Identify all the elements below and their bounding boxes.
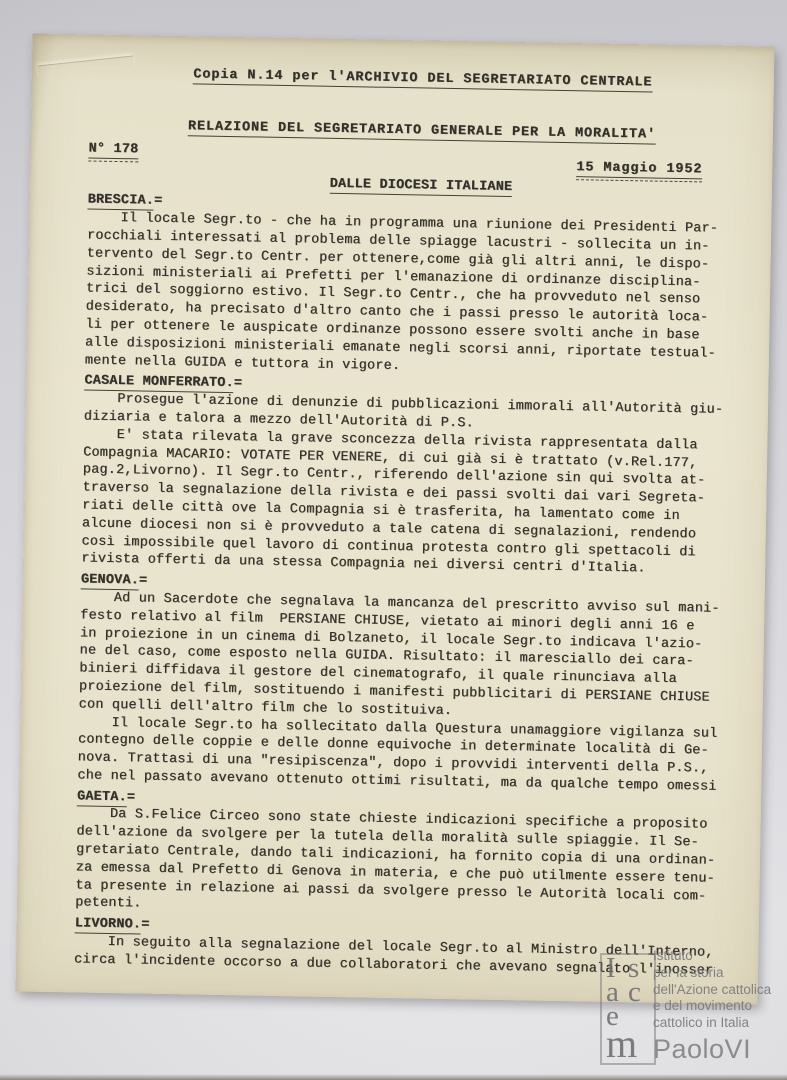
report-number: N° 178 [88,140,138,160]
section-genova: GENOVA.= Ad un Sacerdote che segnalava l… [77,572,747,797]
watermark-institute-line: per la storia [653,965,787,982]
number-date-row: N° 178 15 Maggio 1952 [88,140,754,174]
report-title: RELAZIONE DEL SEGRETARIATO GENERALE PER … [188,119,656,144]
section-paragraph: E' stata rilevata la grave sconcezza del… [81,426,749,580]
photo-bottom-edge [0,1074,787,1080]
section-paragraph: Da S.Felice Circeo sono state chieste in… [75,806,743,925]
watermark-institute-line: e del movimento [653,998,787,1015]
section-casale-monferrato: CASALE MONFERRATO.= Prosegue l'azione di… [81,373,750,581]
logo-letter: c [628,980,650,1004]
copy-line: Copia N.14 per l'ARCHIVIO DEL SEGRETARIA… [193,67,652,92]
watermark-text: Istituto per la storia dell'Azione catto… [653,948,787,1064]
photo-frame: Copia N.14 per l'ARCHIVIO DEL SEGRETARIA… [0,0,787,1080]
watermark-institute-line: dell'Azione cattolica [653,982,787,999]
section-paragraph: Il locale Segr.to - che ha in programma … [85,210,754,382]
watermark-institute-line: Istituto [653,948,787,965]
copy-line-row: Copia N.14 per l'ARCHIVIO DEL SEGRETARIA… [90,64,756,94]
section-brescia: BRESCIA.= Il locale Segr.to - che ha in … [85,192,754,382]
section-paragraph: Ad un Sacerdote che segnalava la mancanz… [78,589,746,725]
logo-letter: m [606,1028,650,1060]
report-subtitle: DALLE DIOCESI ITALIANE [329,176,512,196]
section-paragraph: Il locale Segr.to ha sollecitato dalla Q… [77,714,744,797]
watermark-paolovi: PaoloVI [653,1034,787,1064]
watermark-institute-line: cattolico in Italia [653,1015,787,1032]
section-gaeta: GAETA.= Da S.Felice Circeo sono state ch… [75,788,743,924]
isacem-logo: I s a c e m [600,953,656,1065]
report-date: 15 Maggio 1952 [576,159,702,180]
document-paper: Copia N.14 per l'ARCHIVIO DEL SEGRETARIA… [16,33,775,1004]
